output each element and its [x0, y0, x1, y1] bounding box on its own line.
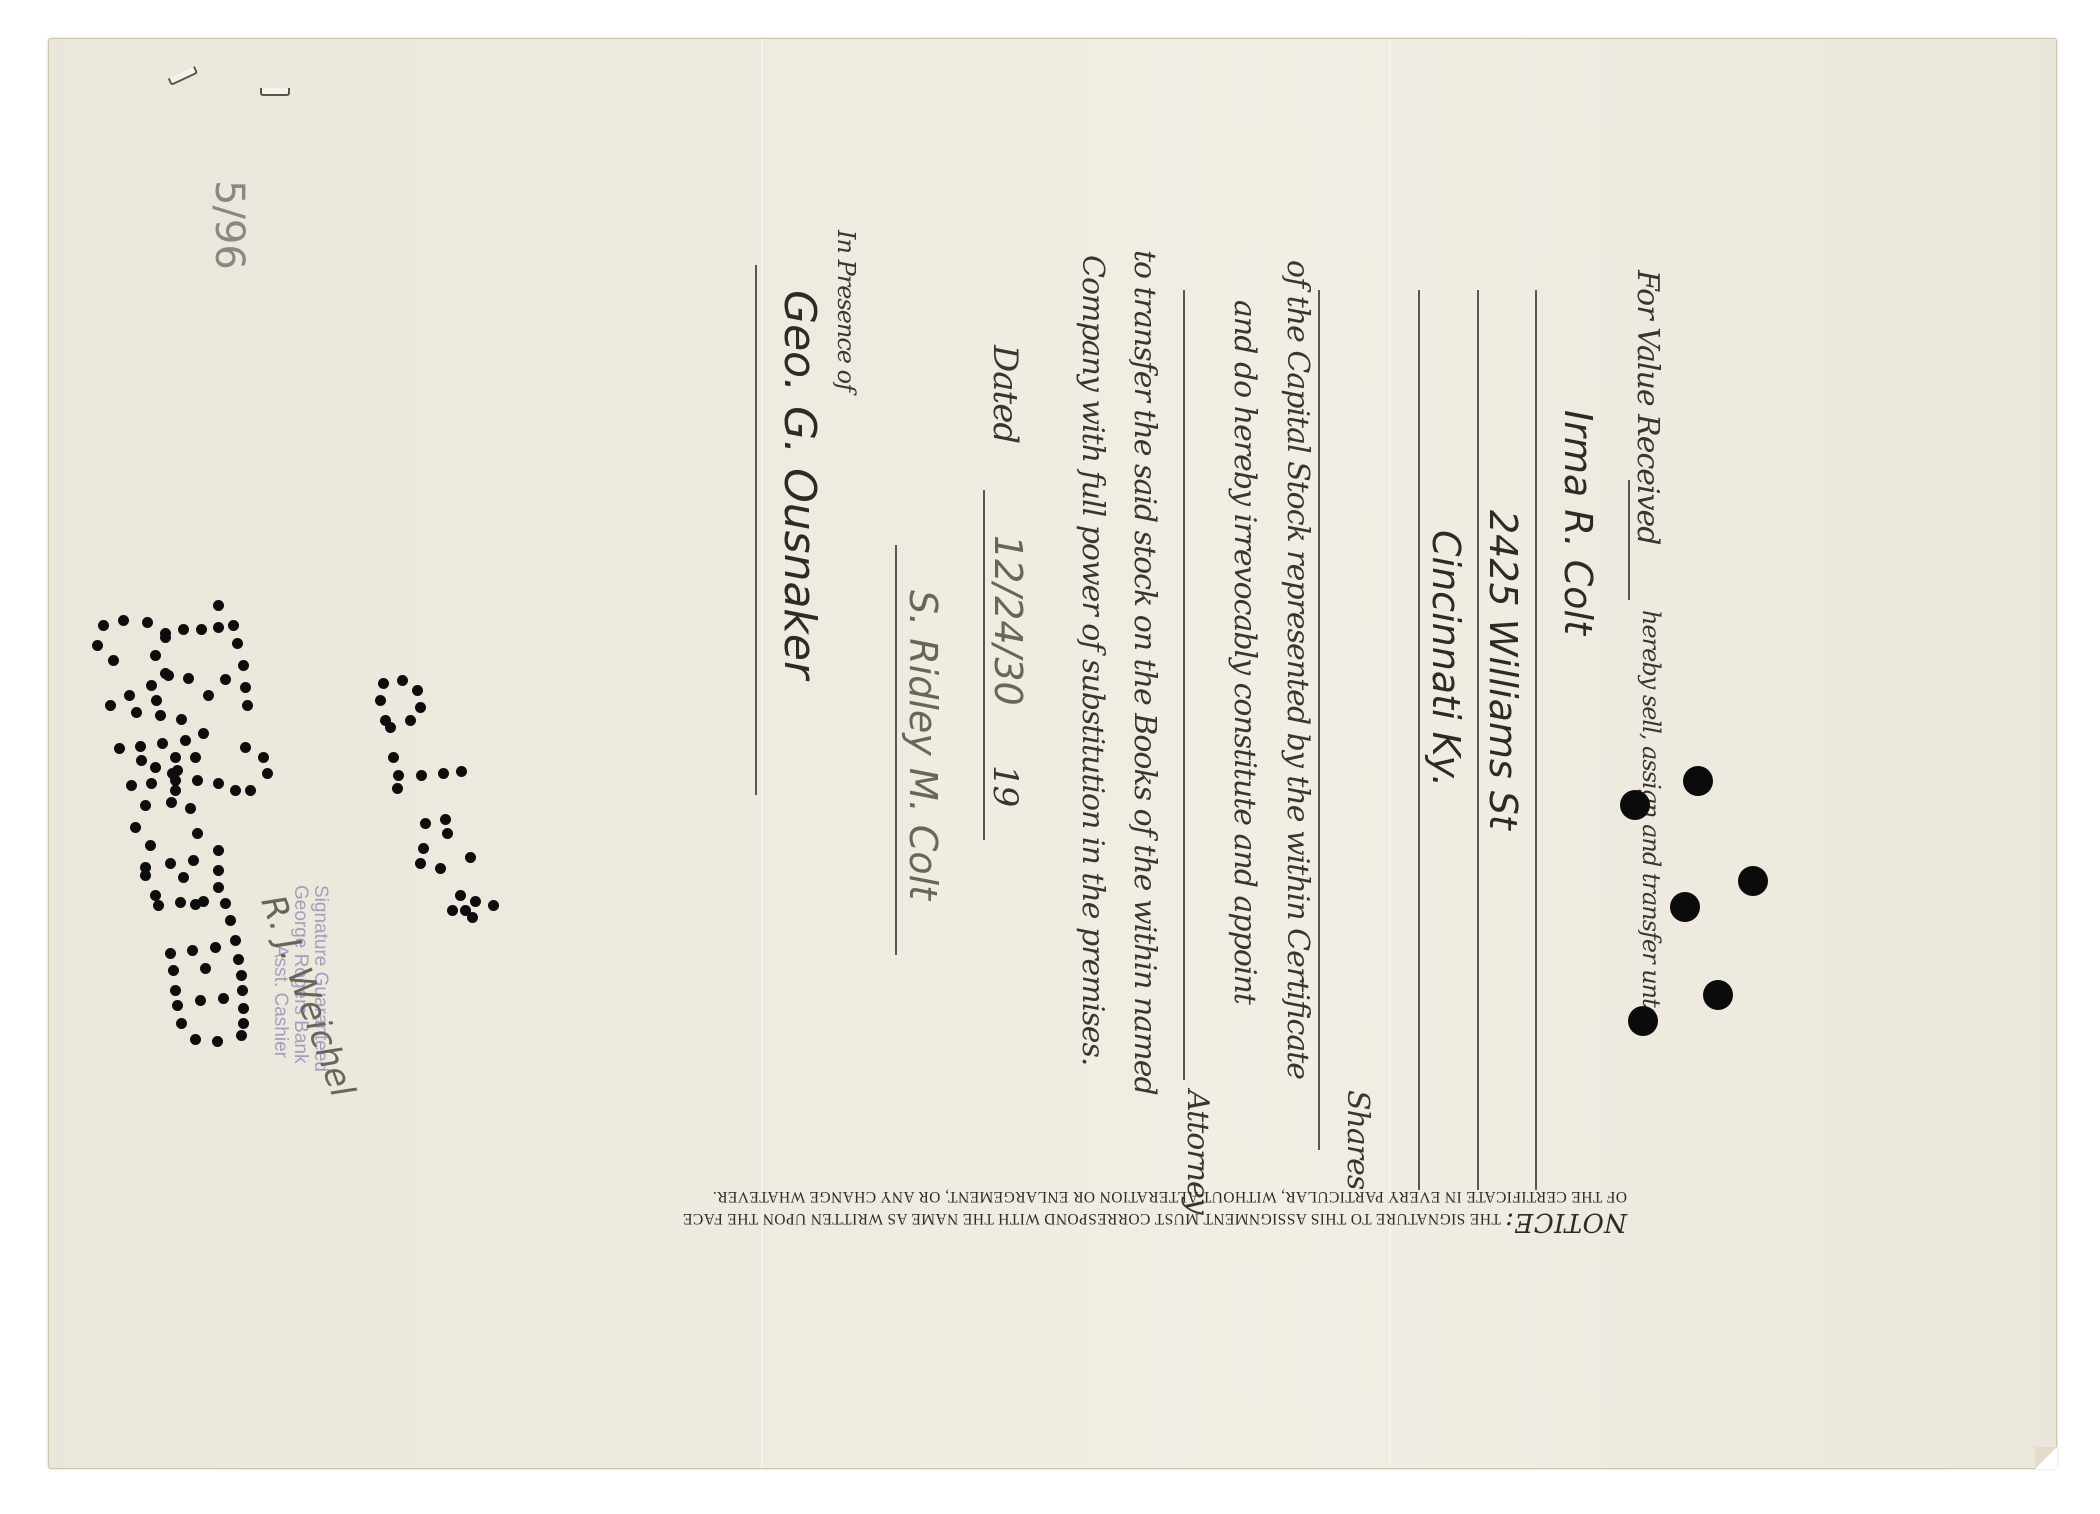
dated-value: 12/24/30: [986, 535, 1030, 706]
certificate-page: [48, 38, 2057, 1469]
notice-text: Notice: The signature to this assignment…: [662, 1185, 1627, 1233]
witness-signature: Geo. G. Ousnaker: [774, 290, 825, 679]
fold-crease: [761, 39, 763, 1468]
rule-line: [1535, 290, 1537, 1190]
signature-rule: [895, 545, 897, 955]
rule-line: [1183, 290, 1185, 1080]
for-value-received-label: For Value Received: [1630, 270, 1665, 545]
punch-hole: [1683, 766, 1713, 796]
punch-hole: [1703, 980, 1733, 1010]
capital-stock-text: of the Capital Stock represented by the …: [1280, 260, 1315, 1079]
notice-body: The signature to this assignment must co…: [683, 1188, 1627, 1227]
rule-line: [1418, 290, 1420, 1190]
dog-eared-corner: [2035, 1447, 2057, 1469]
assignee-name: Irma R. Colt: [1556, 410, 1600, 635]
in-presence-of-label: In Presence of: [832, 230, 860, 391]
notice-lead: Notice:: [1505, 1207, 1627, 1237]
rule-line: [1318, 290, 1320, 1150]
company-text: Company with full power of substitution …: [1075, 255, 1110, 1065]
rule-line: [1477, 290, 1479, 1190]
punch-hole: [1620, 790, 1650, 820]
assignee-address-line1: 2425 Williams St: [1481, 510, 1525, 830]
punch-hole: [1738, 866, 1768, 896]
fold-crease: [1389, 39, 1391, 1468]
rule-line: [1628, 480, 1630, 600]
transfer-text: to transfer the said stock on the Books …: [1127, 250, 1162, 1095]
dated-year-prefix: 19: [985, 765, 1025, 806]
shares-label: Shares: [1340, 1090, 1375, 1189]
pencil-note: 5/96: [206, 180, 252, 270]
punch-hole: [1628, 1006, 1658, 1036]
assignor-signature: S. Ridley M. Colt: [901, 590, 945, 900]
witness-rule: [755, 265, 757, 795]
appoint-text: and do hereby irrevocably constitute and…: [1227, 300, 1262, 1004]
staple-mark: [260, 88, 290, 96]
dated-label: Dated: [985, 345, 1025, 443]
assignee-address-line2: Cincinnati Ky.: [1424, 530, 1468, 787]
punch-hole: [1670, 892, 1700, 922]
